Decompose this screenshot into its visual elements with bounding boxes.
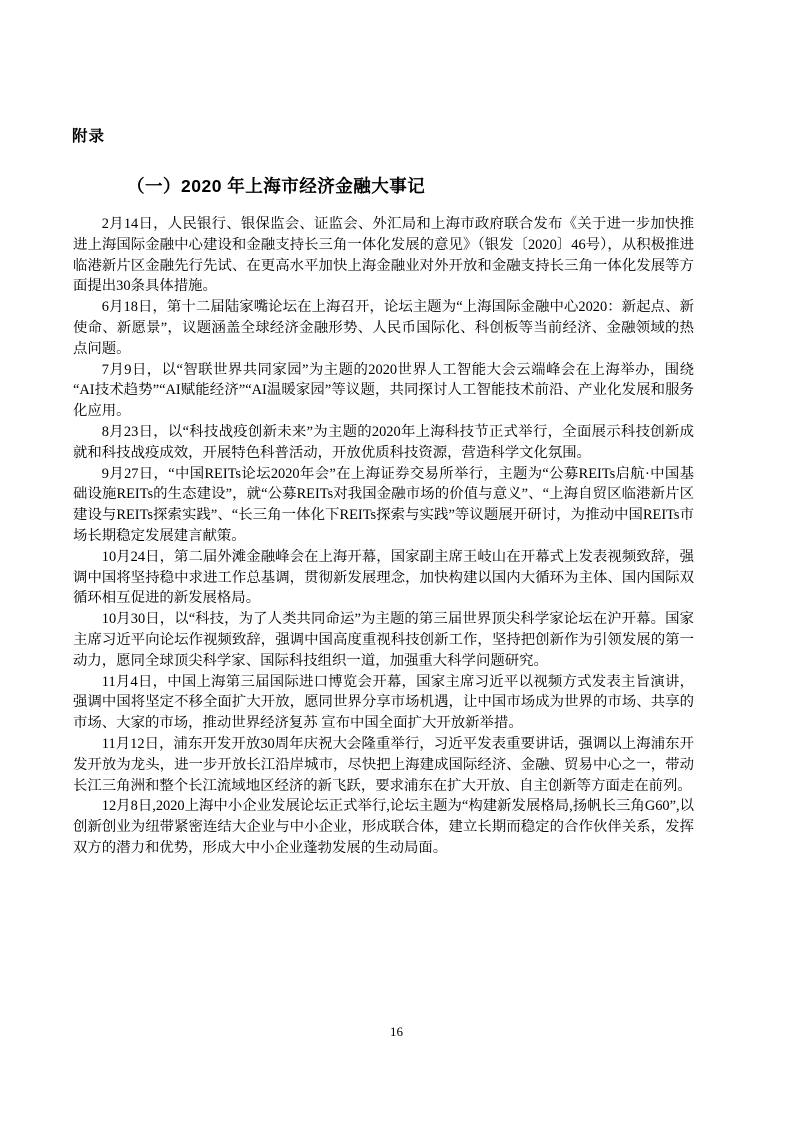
paragraph: 11月4日，中国上海第三届国际进口博览会开幕，国家主席习近平以视频方式发表主旨演… <box>73 672 694 734</box>
paragraph: 12月8日,2020上海中小企业发展论坛正式举行,论坛主题为“构建新发展格局,扬… <box>73 796 694 858</box>
paragraph: 8月23日，以“科技战疫创新未来”为主题的2020年上海科技节正式举行，全面展示… <box>73 422 694 464</box>
paragraph: 11月12日，浦东开发开放30周年庆祝大会隆重举行，习近平发表重要讲话，强调以上… <box>73 734 694 796</box>
document-page: 附录 （一）2020 年上海市经济金融大事记 2月14日，人民银行、银保监会、证… <box>0 0 793 1122</box>
page-number: 16 <box>0 1024 793 1040</box>
paragraph: 10月24日，第二届外滩金融峰会在上海开幕，国家副主席王岐山在开幕式上发表视频致… <box>73 547 694 609</box>
paragraph: 6月18日，第十二届陆家嘴论坛在上海召开，论坛主题为“上海国际金融中心2020：… <box>73 297 694 359</box>
paragraph: 9月27日，“中国REITs论坛2020年会”在上海证券交易所举行，主题为“公募… <box>73 464 694 547</box>
paragraph: 7月9日，以“智联世界共同家园”为主题的2020世界人工智能大会云端峰会在上海举… <box>73 360 694 422</box>
body-text: 2月14日，人民银行、银保监会、证监会、外汇局和上海市政府联合发布《关于进一步加… <box>73 214 694 859</box>
appendix-label: 附录 <box>72 124 105 146</box>
section-title: （一）2020 年上海市经济金融大事记 <box>127 173 425 198</box>
paragraph: 10月30日，以“科技，为了人类共同命运”为主题的第三届世界顶尖科学家论坛在沪开… <box>73 609 694 671</box>
paragraph: 2月14日，人民银行、银保监会、证监会、外汇局和上海市政府联合发布《关于进一步加… <box>73 214 694 297</box>
